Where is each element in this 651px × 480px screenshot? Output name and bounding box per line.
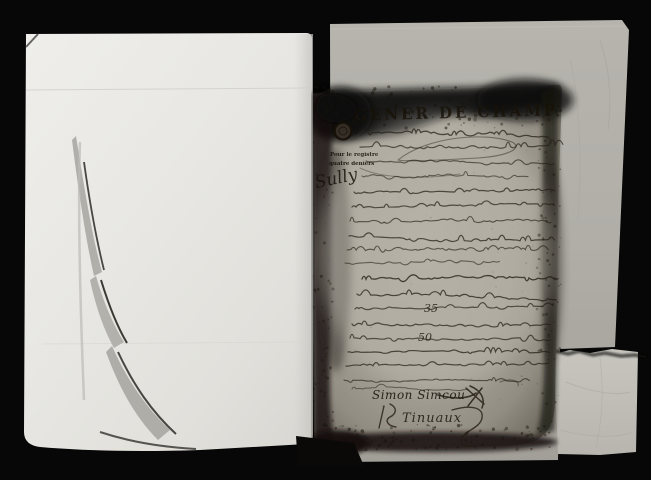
- torn-corner-piece: [554, 349, 638, 455]
- scanned-document-viewer: GENER DE CHAMP Pour le registre quatre d…: [0, 0, 651, 480]
- tax-stamp-line1: Pour le registre: [330, 152, 379, 158]
- signature-2: Tinuaux: [402, 411, 462, 426]
- signature-1: Simon Simcou: [372, 388, 465, 402]
- archive-scan: GENER DE CHAMP Pour le registre quatre d…: [0, 0, 651, 480]
- inline-number-35: 35: [424, 302, 438, 315]
- gutter-shadow: [312, 92, 314, 450]
- blank-page: [24, 33, 313, 451]
- manuscript-page: GENER DE CHAMP Pour le registre quatre d…: [308, 79, 573, 456]
- inline-number-50: 50: [418, 331, 432, 344]
